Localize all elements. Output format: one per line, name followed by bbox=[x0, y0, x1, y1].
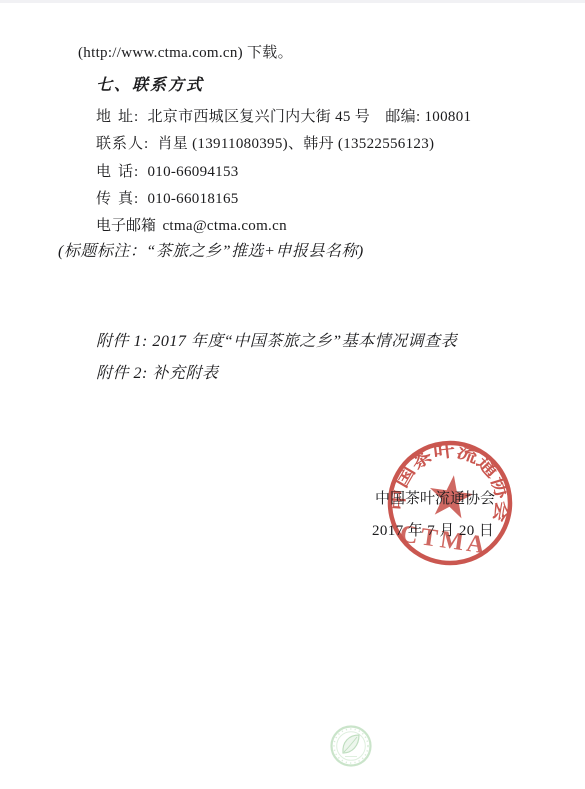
label-char: 传 bbox=[96, 187, 111, 208]
download-url-line: (http://www.ctma.com.cn) 下载。 bbox=[78, 41, 293, 62]
contact-value-email: ctma@ctma.com.cn bbox=[162, 218, 286, 235]
contact-value-persons: 肖星 (13911080395)、韩丹 (13522556123) bbox=[157, 132, 434, 153]
contact-row-email: 电子邮箱: ctma@ctma.com.cn bbox=[96, 214, 287, 235]
label-char: 系 bbox=[112, 132, 127, 153]
title-annotation-note: (标题标注：“茶旅之乡”推选+申报县名称) bbox=[58, 238, 364, 261]
section-heading-contact: 七、联系方式 bbox=[96, 72, 204, 95]
contact-label: 地址 bbox=[96, 105, 133, 126]
attachment-line-2: 附件 2: 补充附表 bbox=[96, 360, 218, 383]
label-colon: : bbox=[144, 136, 148, 153]
signature-organization: 中国茶叶流通协会 bbox=[375, 487, 495, 508]
label-colon: : bbox=[134, 191, 138, 208]
contact-row-persons: 联系人: 肖星 (13911080395)、韩丹 (13522556123) bbox=[96, 132, 434, 153]
label-char: 邮 bbox=[126, 214, 141, 235]
label-char: 子 bbox=[111, 214, 126, 235]
contact-label: 联系人 bbox=[96, 132, 143, 153]
label-char: 电 bbox=[96, 160, 111, 181]
signature-date: 2017 年 7 月 20 日 bbox=[372, 519, 494, 540]
attachment-line-1: 附件 1: 2017 年度“中国茶旅之乡”基本情况调查表 bbox=[96, 328, 457, 351]
contact-row-phone: 电话: 010-66094153 bbox=[96, 160, 239, 181]
label-colon: : bbox=[149, 218, 153, 235]
label-char: 真 bbox=[118, 187, 133, 208]
contact-label: 传真 bbox=[96, 187, 133, 208]
contact-value-address: 北京市西城区复兴门内大街 45 号 邮编: 100801 bbox=[147, 105, 471, 126]
label-char: 电 bbox=[96, 214, 111, 235]
label-char: 地 bbox=[96, 105, 111, 126]
label-char: 联 bbox=[96, 132, 111, 153]
contact-row-address: 地址: 北京市西城区复兴门内大街 45 号 邮编: 100801 bbox=[96, 105, 471, 126]
contact-label: 电子邮箱 bbox=[96, 214, 148, 235]
contact-label: 电话 bbox=[96, 160, 133, 181]
green-leaf-watermark bbox=[329, 724, 373, 768]
page-top-edge bbox=[0, 0, 585, 3]
label-char: 址 bbox=[118, 105, 133, 126]
label-char: 人 bbox=[128, 132, 143, 153]
contact-value-fax: 010-66018165 bbox=[147, 191, 238, 208]
label-colon: : bbox=[134, 109, 138, 126]
contact-row-fax: 传真: 010-66018165 bbox=[96, 187, 239, 208]
label-char: 话 bbox=[118, 160, 133, 181]
label-colon: : bbox=[134, 164, 138, 181]
contact-value-phone: 010-66094153 bbox=[147, 164, 238, 181]
